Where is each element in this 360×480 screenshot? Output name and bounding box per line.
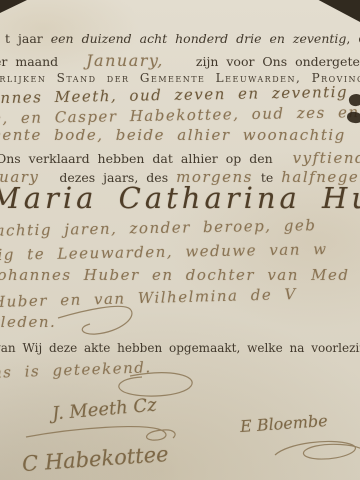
line-closing: van Wij deze akte hebben opgemaakt, welk… (0, 341, 360, 355)
signature-text: J. Meeth Cz (51, 394, 157, 424)
meeth-underline-flourish (26, 427, 175, 440)
handwritten-text: e, en Casper Habekottee, oud zes en ze (0, 103, 360, 128)
printed-text: , den (346, 31, 360, 46)
handwritten-text: rleden. (0, 313, 56, 331)
bloembergen-flourish (275, 441, 360, 459)
deceased-name: Maria Catharina Hube (0, 181, 360, 215)
printed-text: Ons verklaard hebben dat alhier op den (0, 151, 273, 166)
signature-meeth: J. Meeth Cz (51, 394, 157, 424)
handwritten-name: Maria Catharina Hube (0, 181, 360, 215)
handwritten-text: tachtig jaren, zonder beroep, geb (0, 216, 316, 240)
line-signed: ns is geteekend. (0, 358, 152, 382)
overleden-flourish (58, 306, 132, 334)
signature-bloembergen: E Bloembe (239, 411, 328, 436)
line-deceased: rleden. (0, 313, 56, 331)
scan-corner-dark-topright (314, 0, 360, 22)
line-month: er maand January, zijn voor Ons onderget… (0, 51, 360, 70)
ink-blot-right-edge-2 (346, 111, 360, 124)
line-year: t jaar een duizend acht honderd drie en … (5, 31, 360, 47)
document-scan: t jaar een duizend acht honderd drie en … (0, 0, 360, 480)
printed-year-words: een duizend acht honderd drie en zeventi… (51, 31, 347, 46)
line-age-occupation: tachtig jaren, zonder beroep, geb (0, 216, 316, 240)
line-declarant-2: e, en Casper Habekottee, oud zes en ze (0, 103, 360, 128)
line-declaration: Ons verklaard hebben dat alhier op den v… (0, 149, 360, 167)
signature-text: E Bloembe (239, 411, 328, 436)
scan-corner-dark-topleft (0, 0, 27, 13)
line-declarant-3: eente bode, beide alhier woonachtig (0, 126, 346, 144)
line-spouse-parent: Johannes Huber en dochter van Med (0, 266, 350, 284)
handwritten-text: eente bode, beide alhier woonachtig (0, 126, 346, 144)
handwritten-text: Johannes Huber en dochter van Med (0, 266, 350, 284)
line-residence: tig te Leeuwarden, weduwe van w (0, 240, 328, 264)
handwritten-text: Huber en van Wilhelmina de V (0, 285, 297, 311)
handwritten-date: vyftienden, (293, 149, 360, 167)
printed-text: van Wij deze akte hebben opgemaakt, welk… (0, 341, 360, 355)
printed-text: t jaar (5, 31, 43, 46)
signature-habekottee: C Habekottee (21, 442, 169, 476)
signature-text: C Habekottee (21, 442, 169, 476)
handwritten-text: ns is geteekend. (0, 358, 152, 382)
handwritten-month: January, (86, 51, 164, 70)
printed-text: er maand (0, 54, 58, 69)
handwritten-text: tig te Leeuwarden, weduwe van w (0, 240, 328, 264)
printed-text: zijn voor Ons ondergeteekende AMBT (196, 54, 360, 69)
line-parents: Huber en van Wilhelmina de V (0, 285, 297, 311)
